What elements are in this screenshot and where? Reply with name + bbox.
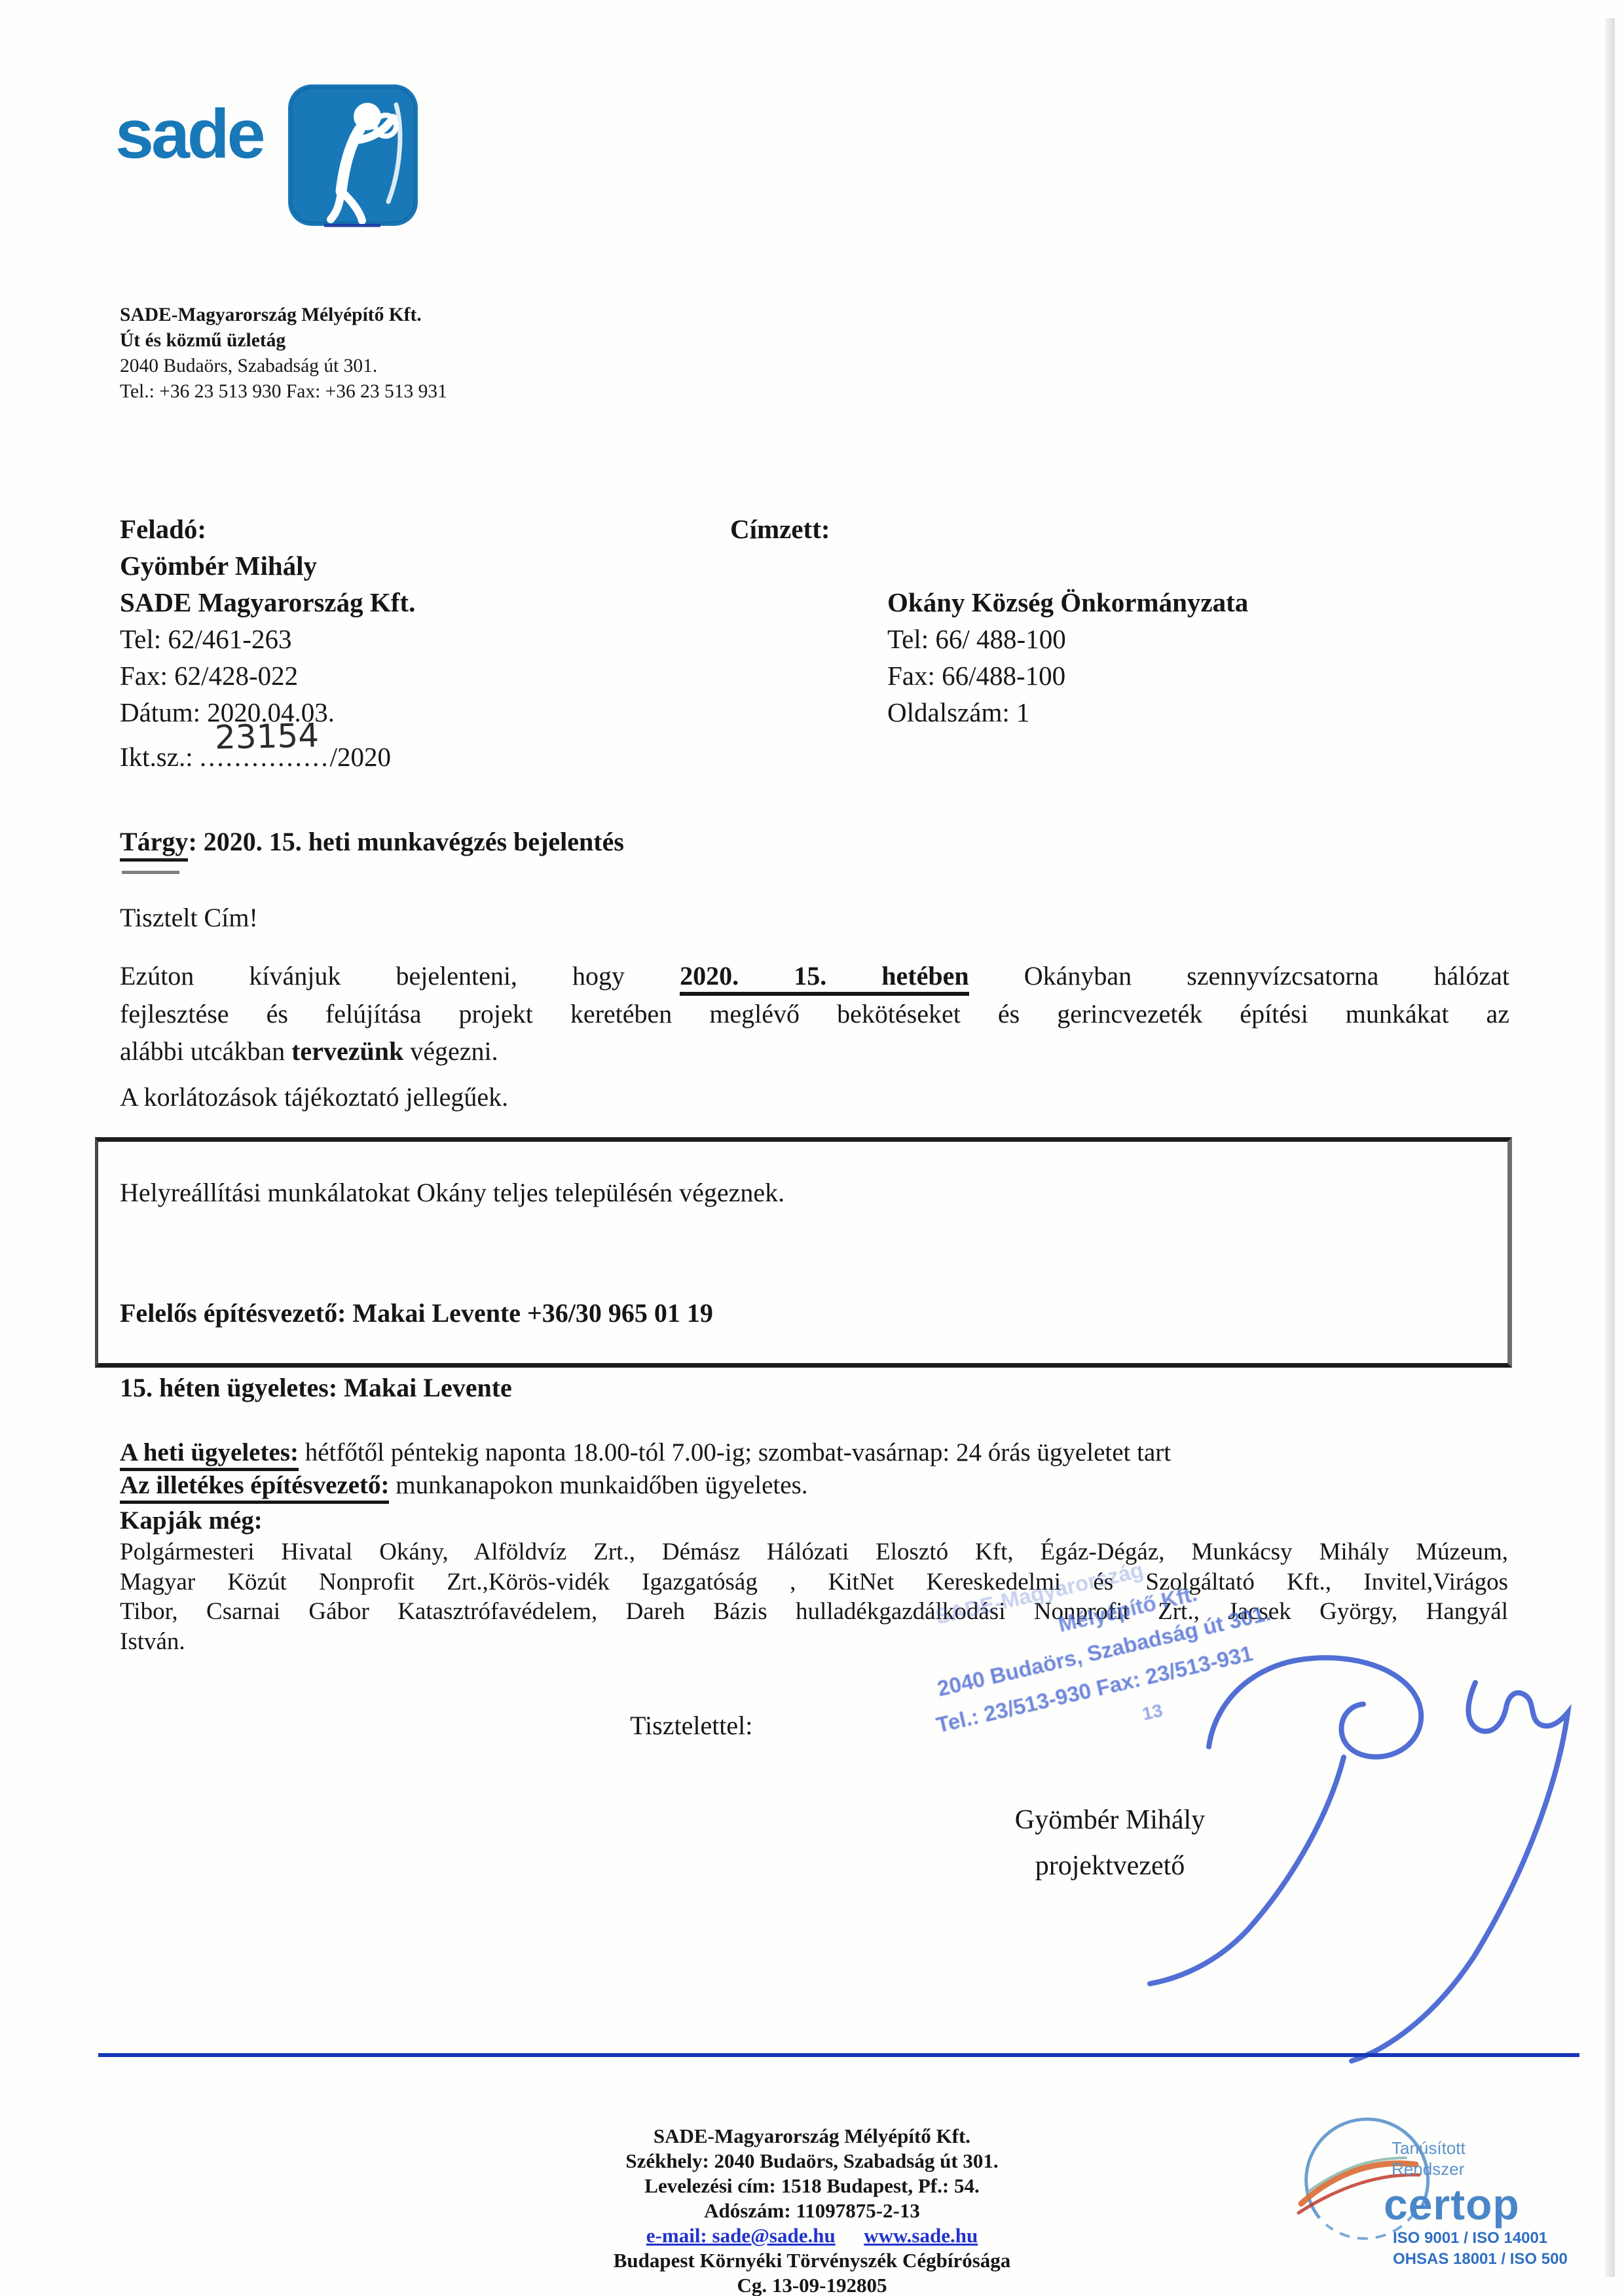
certop-iso-line-2: OHSAS 18001 / ISO 500 [1393,2250,1568,2268]
closing-salutation: Tisztelettel: [630,1710,752,1741]
supervisor-duty-label: Az illetékes építésvezető: [120,1471,389,1504]
letter-page: sade SADE-Magyarország Mélyépítő Kft. Út… [0,0,1624,2296]
body-line-3: alábbi utcákban tervezünk végezni. [120,1032,1509,1070]
weekly-duty-text: hétfőtől péntekig naponta 18.00-tól 7.00… [299,1438,1171,1467]
body-paragraph: Ezúton kívánjuk bejelenteni, hogy 2020. … [120,957,1509,1070]
cc-label: Kapják még: [120,1506,263,1535]
certop-brand: certop [1384,2180,1520,2229]
recipient-tel: Tel: 66/ 488-100 [887,621,1066,657]
work-area-text: Helyreállítási munkálatokat Okány teljes… [120,1177,784,1208]
footer-website-link[interactable]: www.sade.hu [864,2224,978,2247]
body-paragraph-2: A korlátozások tájékoztató jellegűek. [120,1082,508,1112]
certop-iso-line-1: ISO 9001 / ISO 14001 [1393,2229,1547,2247]
letterhead-phones: Tel.: +36 23 513 930 Fax: +36 23 513 931 [120,379,447,405]
body-l3-tervezunk: tervezünk [291,1036,403,1066]
weekly-duty-line: A heti ügyeletes: hétfőtől péntekig napo… [120,1438,1171,1467]
subject-line: Tárgy: 2020. 15. heti munkavégzés bejele… [120,826,624,857]
sender-fax: Fax: 62/428-022 [120,657,298,694]
sender-ref-year: /2020 [330,742,391,772]
week-duty-line: 15. héten ügyeletes: Makai Levente [120,1372,512,1403]
recipient-fax: Fax: 66/488-100 [887,657,1065,694]
signer-name: Gyömbér Mihály [943,1804,1277,1836]
sender-company: SADE Magyarország Kft. [120,584,415,621]
sender-label: Feladó: [120,511,206,547]
certop-logo: Tanúsított Rendszer certop ISO 9001 / IS… [1293,2094,1575,2277]
body-line-2: fejlesztése és felújítása projekt kereté… [120,995,1509,1033]
sender-name: Gyömbér Mihály [120,547,317,584]
site-manager-text: Felelős építésvezető: Makai Levente +36/… [120,1298,713,1328]
letterhead-address: 2040 Budaörs, Szabadság út 301. [120,354,447,379]
body-l1-c: Okányban szennyvízcsatorna hálózat [969,961,1509,991]
certop-cert-word-2: Rendszer [1392,2159,1465,2179]
signer-title: projektvezető [943,1850,1277,1882]
recipient-name: Okány Község Önkormányzata [887,584,1248,621]
sender-ref-label: Ikt.sz.: [120,742,193,772]
recipient-label: Címzett: [730,511,830,547]
letterhead-division: Út és közmű üzletág [120,328,447,354]
body-l3-a: alábbi utcákban [120,1036,291,1066]
supervisor-duty-line: Az illetékes építésvezető: munkanapokon … [120,1470,808,1500]
company-stamp: SADE-Magyarország Mélyépítő Kft. 2040 Bu… [909,1493,1433,1777]
body-l3-c: végezni. [403,1036,498,1066]
letterhead-info: SADE-Magyarország Mélyépítő Kft. Út és k… [120,302,447,405]
recipient-pages: Oldalszám: 1 [887,694,1029,731]
body-l1-a: Ezúton kívánjuk bejelenteni, hogy [120,961,680,991]
subject-underline-artifact [122,871,179,874]
certop-cert-word-1: Tanúsított [1392,2138,1466,2158]
letterhead-company: SADE-Magyarország Mélyépítő Kft. [120,302,447,328]
body-l1-week-emphasis: 2020. 15. hetében [680,961,969,996]
subject-label: Tárgy [120,827,188,862]
weekly-duty-label: A heti ügyeletes: [120,1438,299,1471]
supervisor-duty-text: munkanapokon munkaidőben ügyeletes. [389,1471,807,1499]
footer-rule [98,2053,1579,2057]
sade-logo-wordmark: sade [115,100,263,169]
work-area-box [95,1137,1512,1368]
sade-logo-icon [286,82,421,232]
sender-ref-handwritten-number: 23154 [214,716,319,756]
sender-tel: Tel: 62/461-263 [120,621,291,657]
body-line-1: Ezúton kívánjuk bejelenteni, hogy 2020. … [120,957,1509,995]
salutation: Tisztelt Cím! [120,902,258,933]
footer-email-link[interactable]: e-mail: sade@sade.hu [646,2224,836,2247]
subject-text: : 2020. 15. heti munkavégzés bejelentés [188,827,623,856]
scan-edge-artifact [1605,18,1615,2277]
